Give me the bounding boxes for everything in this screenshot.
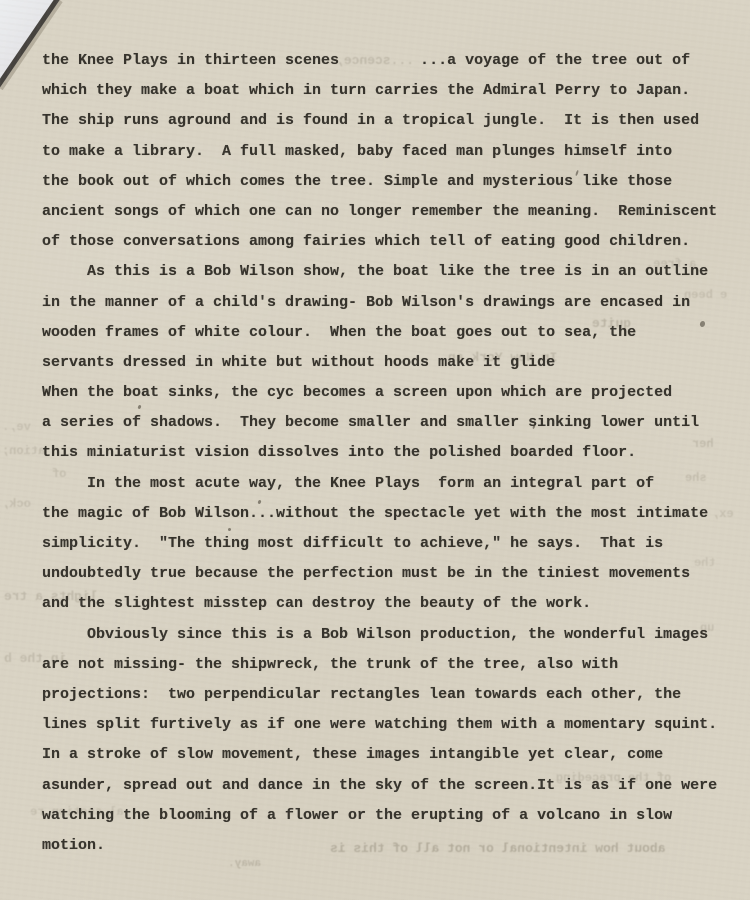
text-line: in the manner of a child's drawing- Bob … xyxy=(42,288,717,318)
text-line: of those conversations among fairies whi… xyxy=(42,227,717,257)
text-line: a series of shadows. They become smaller… xyxy=(42,408,717,438)
text-line: undoubtedly true because the perfection … xyxy=(42,559,717,589)
text-line: this miniaturist vision dissolves into t… xyxy=(42,438,717,468)
text-line: As this is a Bob Wilson show, the boat l… xyxy=(42,257,717,287)
ghost-text: ock, xyxy=(2,497,31,511)
text-line: watching the blooming of a flower or the… xyxy=(42,801,717,831)
ghost-text: ation; xyxy=(2,444,45,458)
text-line: motion. xyxy=(42,831,717,861)
text-line: the Knee Plays in thirteen scenes ...a v… xyxy=(42,46,717,76)
text-line: ancient songs of which one can no longer… xyxy=(42,197,717,227)
text-line: which they make a boat which in turn car… xyxy=(42,76,717,106)
text-line: servants dressed in white but without ho… xyxy=(42,348,717,378)
text-line: In the most acute way, the Knee Plays fo… xyxy=(42,469,717,499)
text-line: asunder, spread out and dance in the sky… xyxy=(42,771,717,801)
text-line: simplicity. "The thing most difficult to… xyxy=(42,529,717,559)
text-line: are not missing- the shipwreck, the trun… xyxy=(42,650,717,680)
text-line: Obviously since this is a Bob Wilson pro… xyxy=(42,620,717,650)
typewritten-text-block: the Knee Plays in thirteen scenes ...a v… xyxy=(42,46,717,861)
text-line: the book out of which comes the tree. Si… xyxy=(42,167,717,197)
text-line: projections: two perpendicular rectangle… xyxy=(42,680,717,710)
text-line: the magic of Bob Wilson...without the sp… xyxy=(42,499,717,529)
text-line: In a stroke of slow movement, these imag… xyxy=(42,740,717,770)
text-line: wooden frames of white colour. When the … xyxy=(42,318,717,348)
text-line: to make a library. A full masked, baby f… xyxy=(42,137,717,167)
text-line: When the boat sinks, the cyc becomes a s… xyxy=(42,378,717,408)
scanned-page: ...scence,a free.e beenquiteIn New York … xyxy=(0,0,750,900)
ghost-text: ve,. xyxy=(2,420,31,434)
text-line: The ship runs aground and is found in a … xyxy=(42,106,717,136)
text-line: lines split furtively as if one were wat… xyxy=(42,710,717,740)
text-line: and the slightest misstep can destroy th… xyxy=(42,589,717,619)
